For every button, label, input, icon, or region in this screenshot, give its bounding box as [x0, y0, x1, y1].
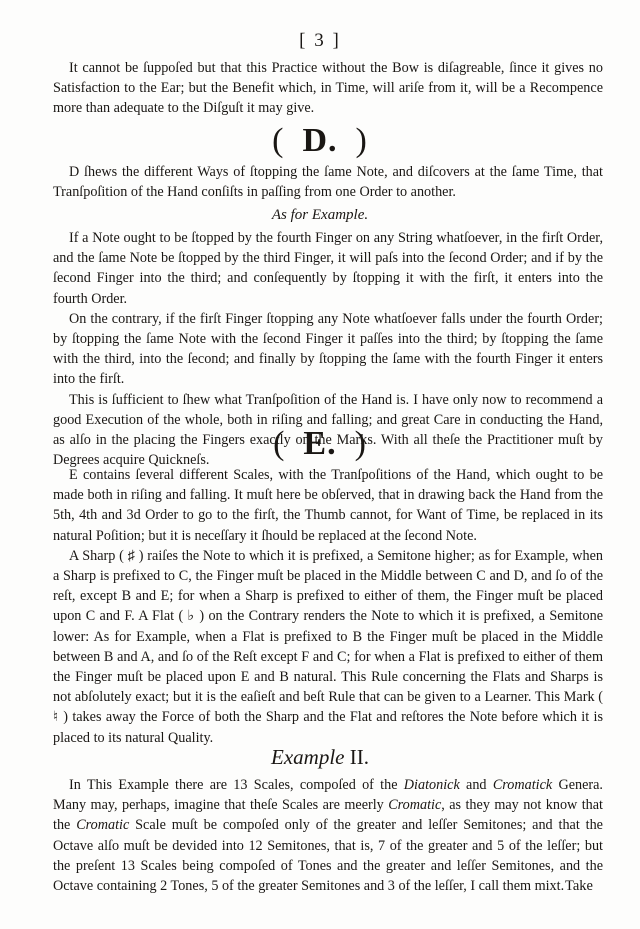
document-page: [ 3 ] It cannot be ſuppoſed but that thi…: [0, 0, 640, 929]
text-run: In This Example there are 13 Scales, com…: [69, 777, 404, 793]
paragraph: E contains ſeveral different Scales, wit…: [53, 465, 603, 546]
text-run: and: [460, 777, 493, 793]
as-for-example-heading: As for Example.: [0, 207, 640, 224]
section-e-body: E contains ſeveral different Scales, wit…: [53, 465, 603, 748]
heading-paren-open: (: [273, 425, 285, 462]
text-run: Scale muſt be compoſed only of the great…: [53, 817, 603, 894]
heading-letter: E.: [303, 425, 336, 462]
example-numeral: II.: [350, 745, 369, 769]
example-ii-paragraph: In This Example there are 13 Scales, com…: [53, 775, 603, 896]
catchword: Take: [565, 878, 593, 895]
heading-paren-close: ): [355, 425, 367, 462]
paragraph: If a Note ought to be ſtopped by the fou…: [53, 228, 603, 309]
heading-paren-open: (: [272, 122, 284, 159]
section-d-paragraph: D ſhews the different Ways of ſtopping t…: [53, 162, 603, 202]
section-d-heading: (D.): [0, 122, 640, 160]
intro-paragraph: It cannot be ſuppoſed but that this Prac…: [53, 58, 603, 119]
heading-paren-close: ): [356, 122, 368, 159]
heading-letter: D.: [302, 122, 337, 159]
paragraph: On the contrary, if the firſt Finger ſto…: [53, 309, 603, 390]
intro-block: It cannot be ſuppoſed but that this Prac…: [53, 58, 603, 119]
italic-term: Cromatick: [493, 777, 552, 793]
example-ii-body: In This Example there are 13 Scales, com…: [53, 775, 603, 896]
italic-term: Diatonick: [404, 777, 460, 793]
paragraph: A Sharp ( ♯ ) raiſes the Note to which i…: [53, 546, 603, 748]
section-e-heading: (E.): [0, 425, 640, 463]
page-number: [ 3 ]: [0, 30, 640, 52]
example-word: Example: [271, 745, 344, 769]
example-ii-heading: Example II.: [0, 745, 640, 770]
italic-term: Cromatic: [388, 797, 441, 813]
italic-term: Cromatic: [76, 817, 129, 833]
section-d-intro: D ſhews the different Ways of ſtopping t…: [53, 162, 603, 202]
